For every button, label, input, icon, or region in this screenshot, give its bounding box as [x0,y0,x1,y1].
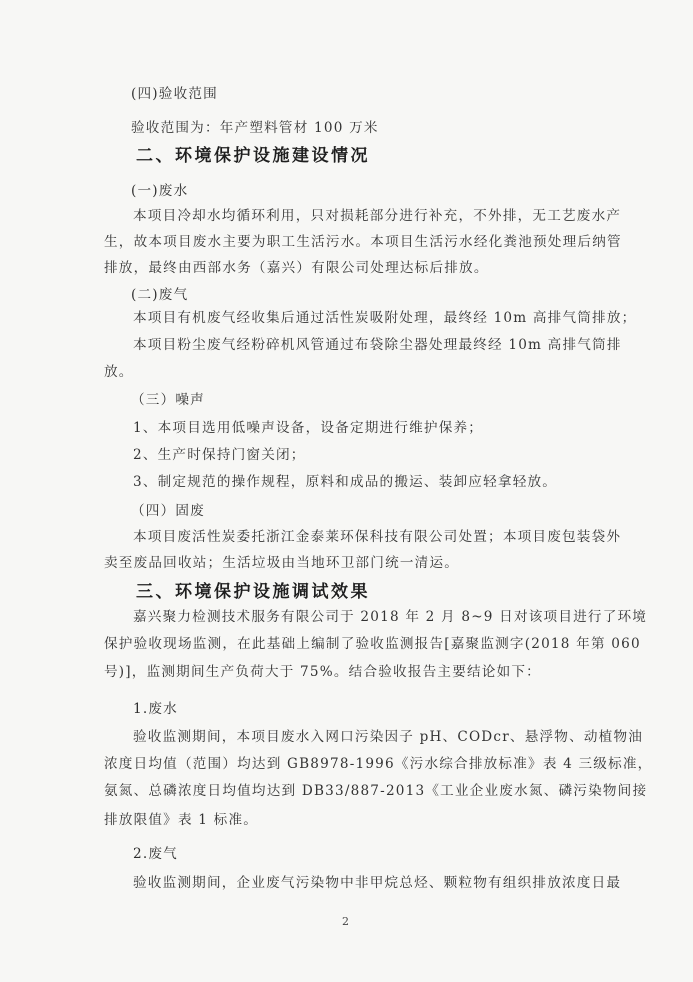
list-item: 3、制定规范的操作规程，原料和成品的搬运、装卸应轻拿轻放。 [133,470,557,490]
paragraph-line: 排放，最终由西部水务（嘉兴）有限公司处理达标后排放。 [104,256,489,276]
section-heading-acceptance-scope: (四)验收范围 [131,82,218,102]
chapter-title-env-facilities: 二、环境保护设施建设情况 [136,141,370,166]
paragraph-line: 验收监测期间，本项目废水入网口污染因子 pH、CODcr、悬浮物、动植物油 [133,725,643,745]
list-item: 2、生产时保持门窗关闭； [133,443,306,463]
subsection-heading-solid-waste: （四）固废 [131,499,205,519]
paragraph-line: 生，故本项目废水主要为职工生活污水。本项目生活污水经化粪池预处理后纳管 [104,230,622,250]
paragraph-line: 放。 [104,360,134,380]
paragraph-line: 本项目废活性炭委托浙江金泰莱环保科技有限公司处置；本项目废包装袋外 [133,525,621,545]
chapter-title-commissioning-effect: 三、环境保护设施调试效果 [136,577,370,602]
paragraph-line: 保护验收现场监测，在此基础上编制了验收监测报告[嘉聚监测字(2018 年第 06… [104,632,641,652]
paragraph-line: 嘉兴聚力检测技术服务有限公司于 2018 年 2 月 8~9 日对该项目进行了环… [133,605,647,625]
paragraph-line: 浓度日均值（范围）均达到 GB8978-1996《污水综合排放标准》表 4 三级… [104,752,652,772]
paragraph-line: 本项目粉尘废气经粉碎机风管通过布袋除尘器处理最终经 10m 高排气筒排 [133,333,622,353]
paragraph-line: 氨氮、总磷浓度日均值均达到 DB33/887-2013《工业企业废水氮、磷污染物… [104,779,647,799]
paragraph-line: 号)]，监测期间生产负荷大于 75%。结合验收报告主要结论如下： [104,660,541,680]
subsection-heading-wastewater: (一)废水 [131,179,188,199]
subsection-heading-waste-gas-results: 2.废气 [133,842,178,862]
page-number: 2 [342,915,349,928]
document-page: (四)验收范围 验收范围为：年产塑料管材 100 万米 二、环境保护设施建设情况… [0,0,693,982]
paragraph-line: 验收监测期间，企业废气污染物中非甲烷总烃、颗粒物有组织排放浓度日最 [133,871,621,891]
subsection-heading-noise: （三）噪声 [131,388,205,408]
paragraph-line: 卖至废品回收站；生活垃圾由当地环卫部门统一清运。 [104,551,459,571]
list-item: 1、本项目选用低噪声设备，设备定期进行维护保养； [133,416,483,436]
subsection-heading-waste-gas: (二)废气 [131,283,188,303]
paragraph-line: 本项目有机废气经收集后通过活性炭吸附处理，最终经 10m 高排气筒排放； [133,306,636,326]
paragraph-line: 本项目冷却水均循环利用，只对损耗部分进行补充，不外排，无工艺废水产 [133,204,621,224]
paragraph-line: 排放限值》表 1 标准。 [104,808,258,828]
subsection-heading-wastewater-results: 1.废水 [133,697,178,717]
acceptance-scope-text: 验收范围为：年产塑料管材 100 万米 [131,116,379,136]
